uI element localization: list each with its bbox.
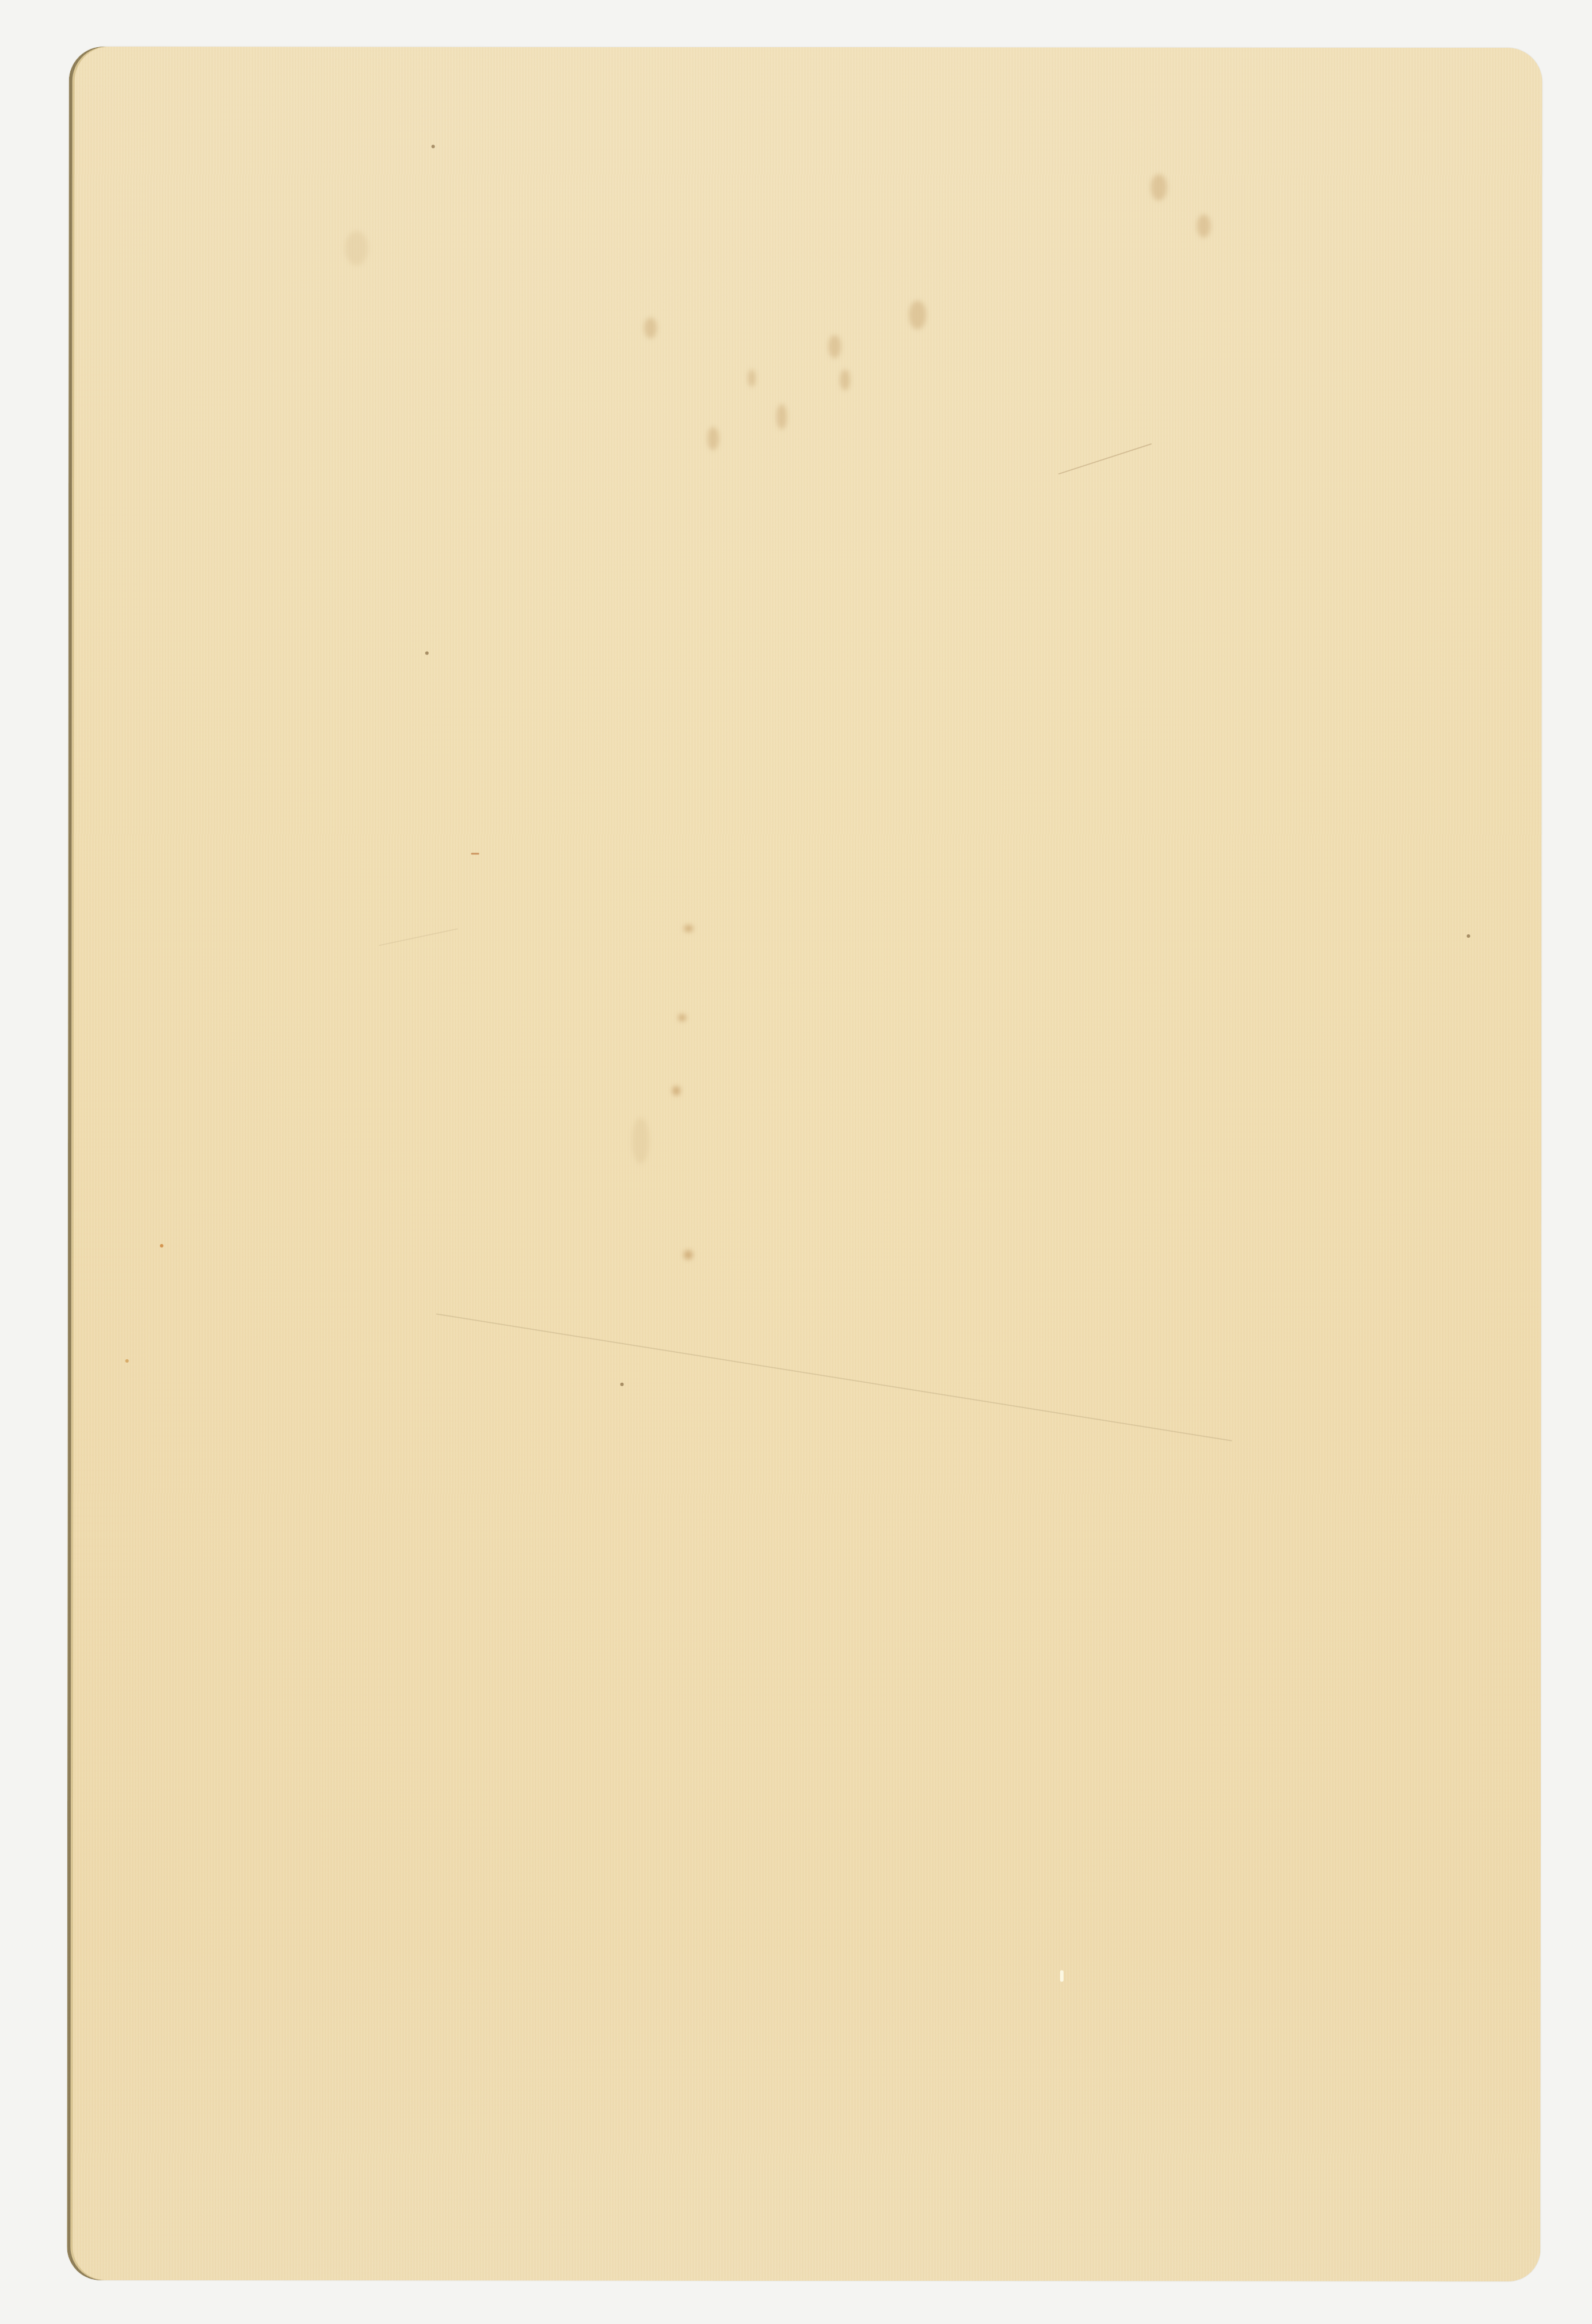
foxing-stain <box>776 404 787 429</box>
foxing-stain <box>909 301 926 329</box>
foxing-stain <box>672 1086 680 1096</box>
surface-nick <box>1060 1970 1064 1981</box>
speck <box>160 1244 163 1247</box>
foxing-stain <box>828 335 841 358</box>
speck <box>425 651 429 655</box>
card-back <box>67 47 1542 2281</box>
foxing-stain <box>748 370 756 387</box>
foxing-stain <box>644 318 657 338</box>
speck <box>125 1359 129 1363</box>
foxing-stain <box>840 370 850 390</box>
speck <box>620 1383 624 1386</box>
speck <box>432 144 435 148</box>
scratch <box>1058 443 1152 474</box>
foxing-stain <box>632 1118 649 1164</box>
foxing-stain <box>1197 215 1210 238</box>
foxing-stain <box>684 1250 693 1260</box>
speck <box>1467 934 1470 938</box>
foxing-stain <box>707 427 719 450</box>
foxing-stain <box>678 1014 686 1021</box>
foxing-stain <box>684 925 693 932</box>
speck <box>471 853 479 854</box>
foxing-stain <box>345 231 368 265</box>
scratch <box>436 1313 1232 1441</box>
scratch <box>379 928 458 946</box>
foxing-stain <box>1151 174 1167 201</box>
